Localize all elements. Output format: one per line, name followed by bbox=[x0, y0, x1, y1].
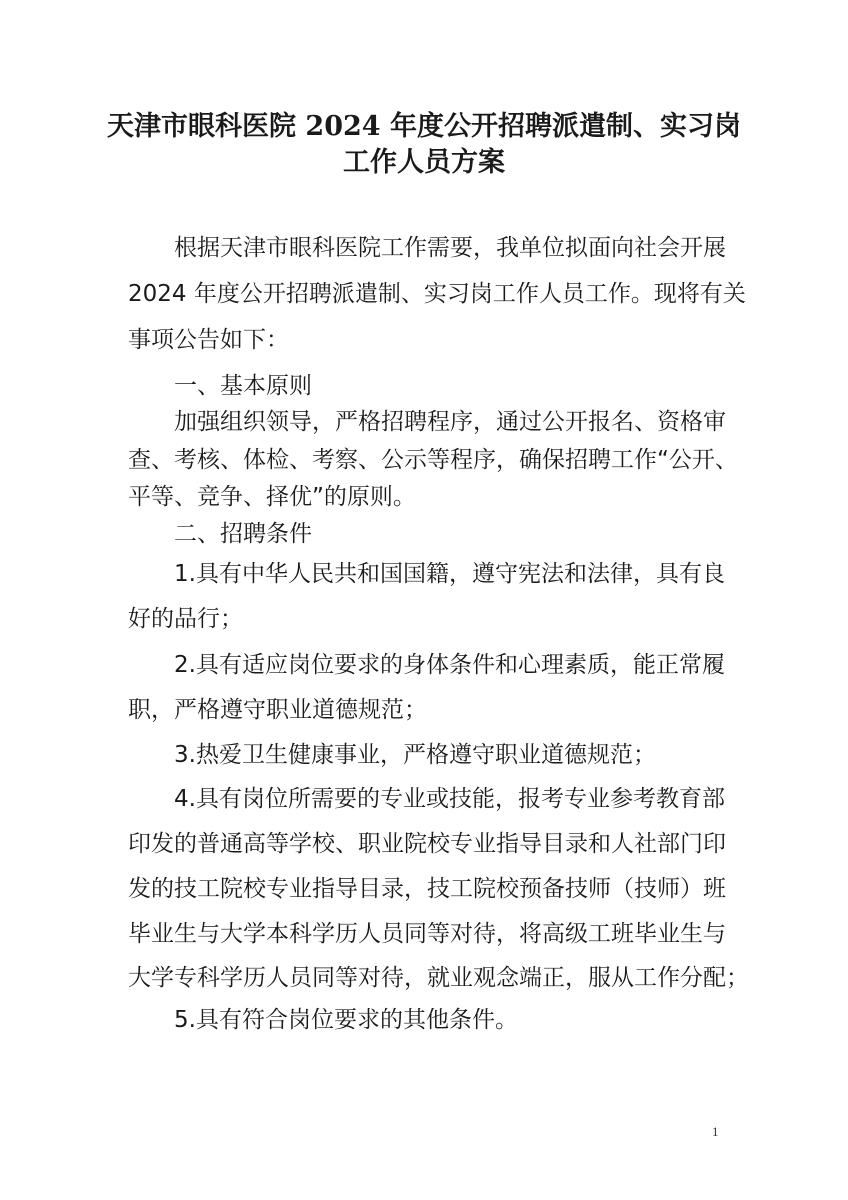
condition-1-line-2: 好的品行； bbox=[128, 604, 720, 634]
condition-1-line-1: 1.具有中华人民共和国国籍，遵守宪法和法律，具有良 bbox=[174, 559, 720, 589]
document-title-line-2: 工作人员方案 bbox=[0, 146, 848, 180]
condition-5-line-1: 5.具有符合岗位要求的其他条件。 bbox=[174, 1005, 720, 1035]
intro-line-3: 事项公告如下： bbox=[128, 325, 720, 355]
condition-4-line-5: 大学专科学历人员同等对待，就业观念端正，服从工作分配； bbox=[128, 963, 720, 993]
section1-heading: 一、基本原则 bbox=[174, 371, 720, 401]
condition-3-line-1: 3.热爱卫生健康事业，严格遵守职业道德规范； bbox=[174, 740, 720, 770]
section1-line-1: 加强组织领导，严格招聘程序，通过公开报名、资格审 bbox=[174, 407, 720, 437]
page-number: 1 bbox=[712, 1124, 719, 1140]
condition-4-line-3: 发的技工院校专业指导目录，技工院校预备技师（技师）班 bbox=[128, 874, 720, 904]
condition-4-line-4: 毕业生与大学本科学历人员同等对待，将高级工班毕业生与 bbox=[128, 919, 720, 949]
document-title-line-1: 天津市眼科医院 2024 年度公开招聘派遣制、实习岗 bbox=[0, 110, 848, 144]
section1-line-3: 平等、竞争、择优”的原则。 bbox=[128, 482, 720, 512]
condition-2-line-2: 职，严格遵守职业道德规范； bbox=[128, 695, 720, 725]
condition-4-line-2: 印发的普通高等学校、职业院校专业指导目录和人社部门印 bbox=[128, 829, 720, 859]
intro-line-2: 2024 年度公开招聘派遣制、实习岗工作人员工作。现将有关 bbox=[128, 279, 720, 309]
condition-4-line-1: 4.具有岗位所需要的专业或技能，报考专业参考教育部 bbox=[174, 784, 720, 814]
section1-line-2: 查、考核、体检、考察、公示等程序，确保招聘工作“公开、 bbox=[128, 445, 720, 475]
intro-line-1: 根据天津市眼科医院工作需要，我单位拟面向社会开展 bbox=[174, 233, 720, 263]
condition-2-line-1: 2.具有适应岗位要求的身体条件和心理素质，能正常履 bbox=[174, 650, 720, 680]
document-page: 天津市眼科医院 2024 年度公开招聘派遣制、实习岗 工作人员方案 根据天津市眼… bbox=[0, 0, 848, 1200]
section2-heading: 二、招聘条件 bbox=[174, 519, 720, 549]
